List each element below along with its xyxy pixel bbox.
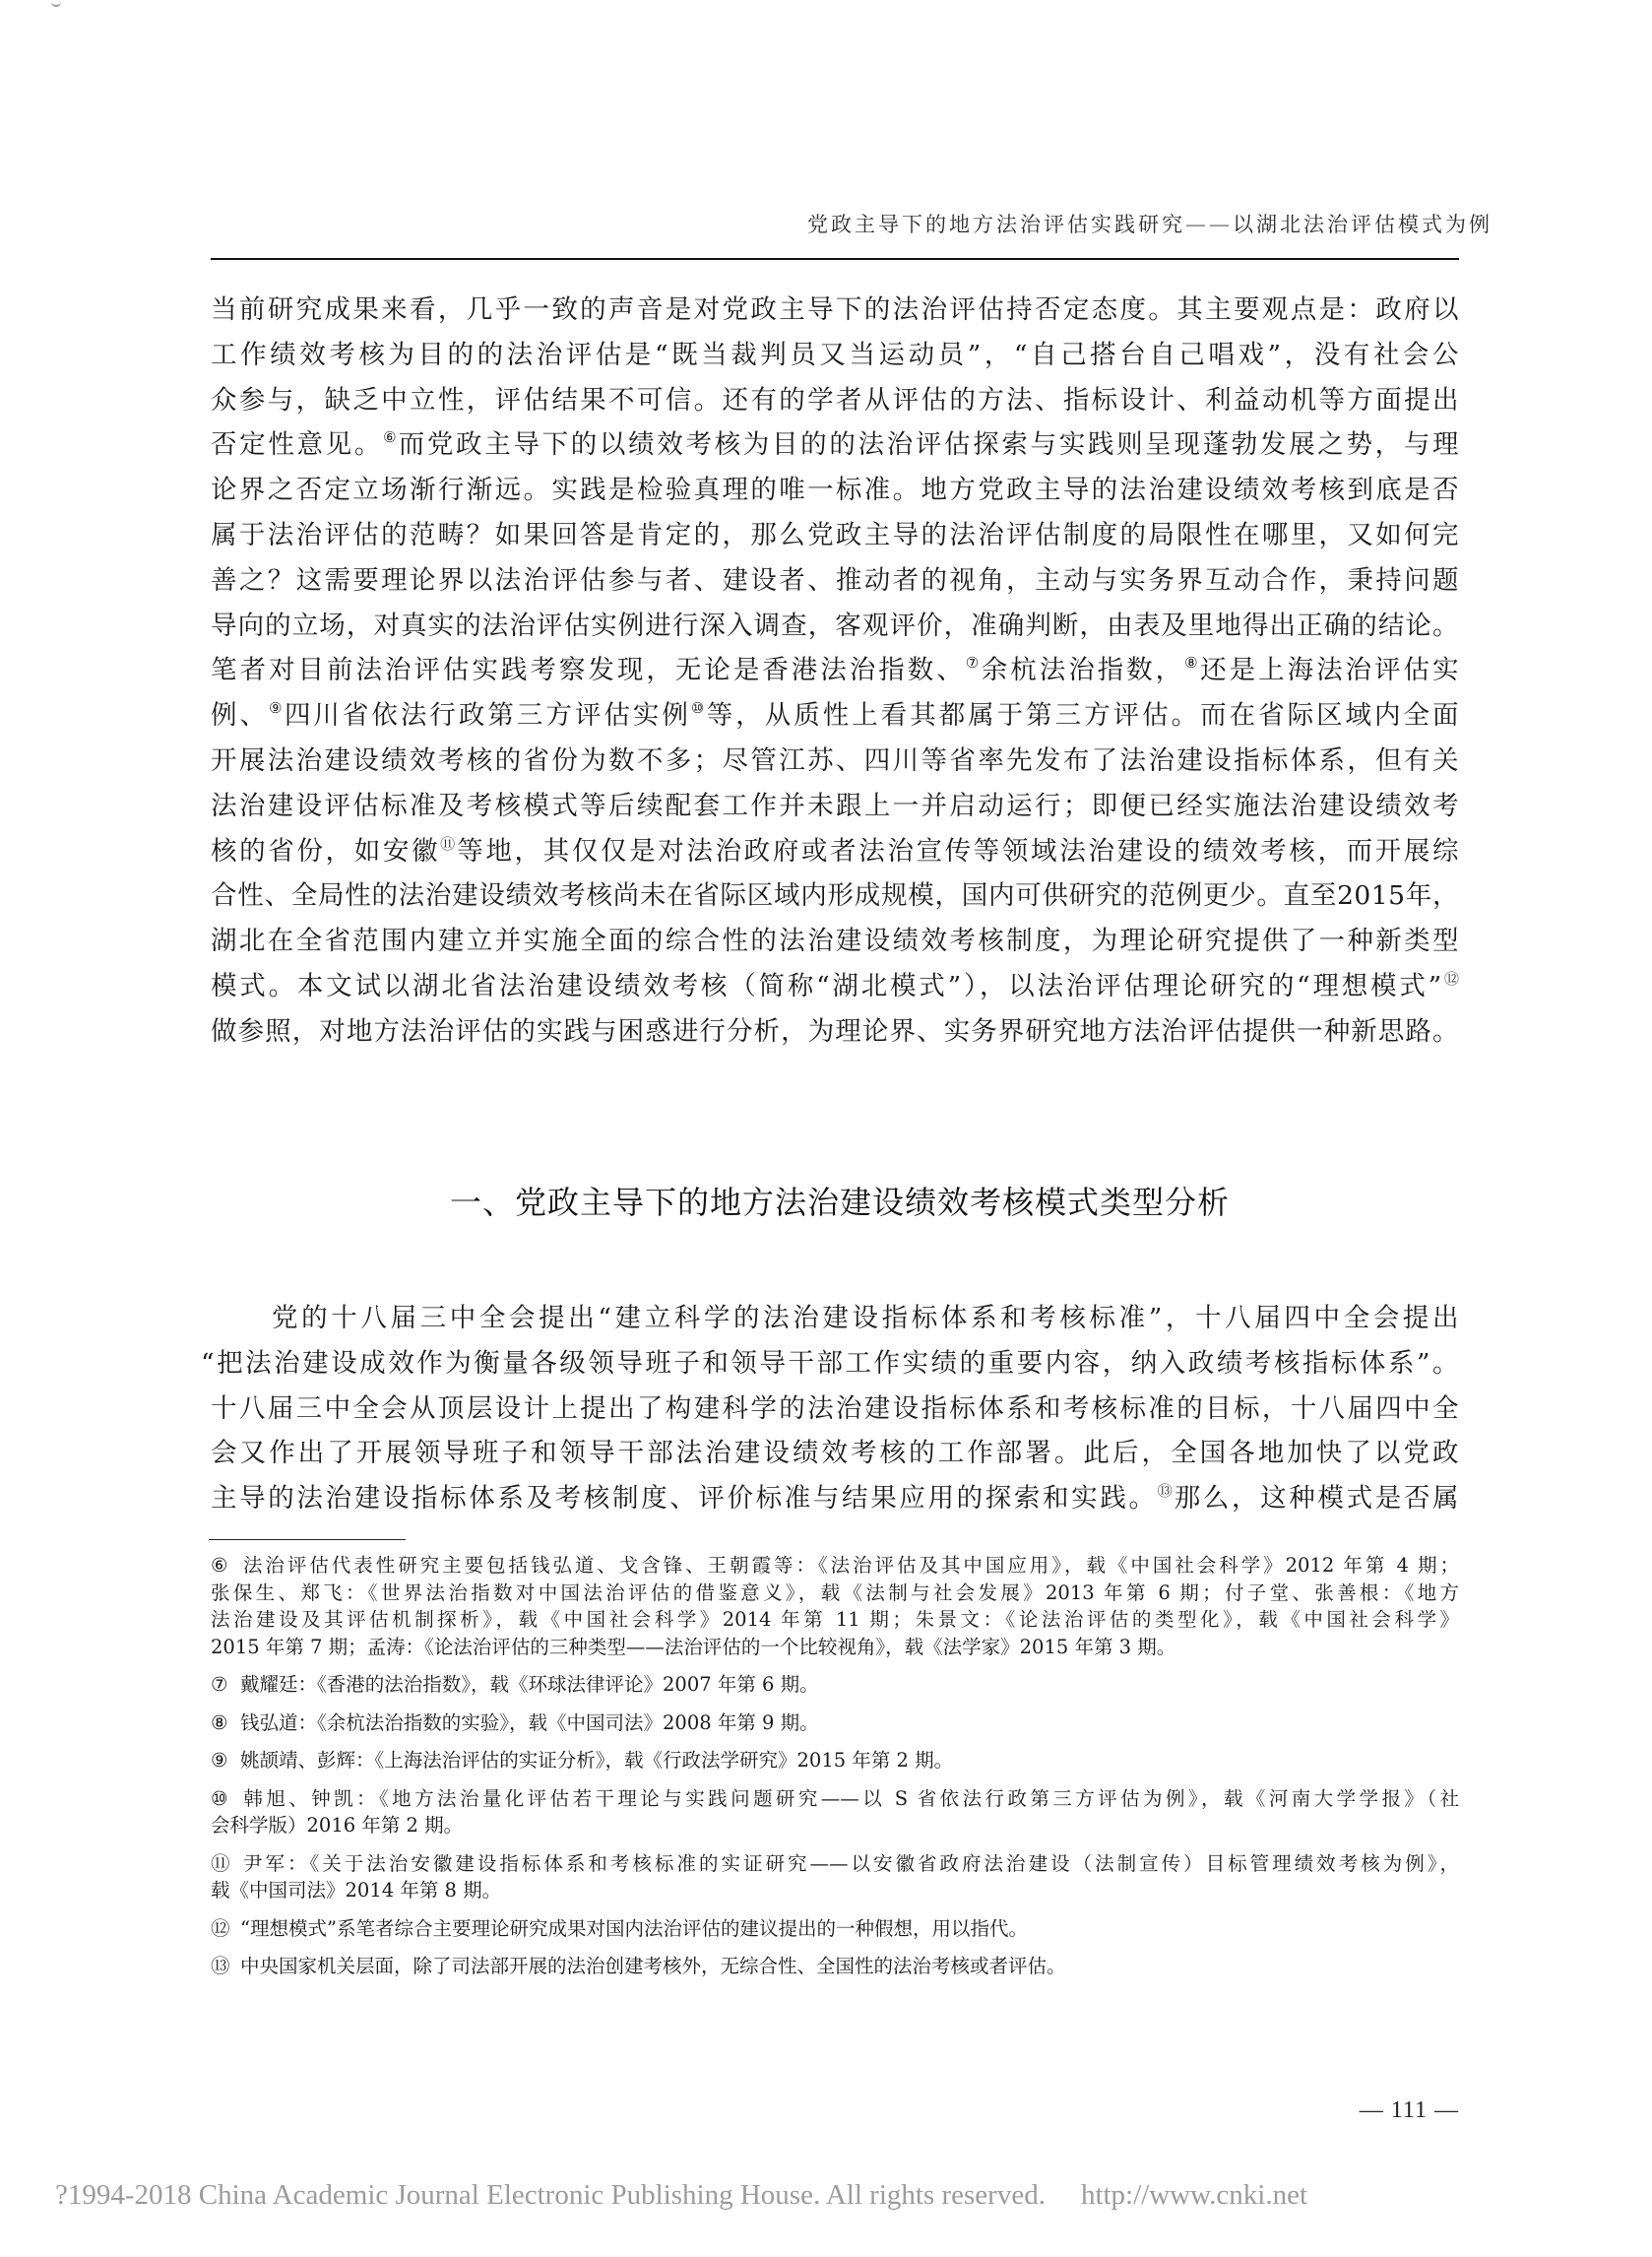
page-number: — 111 — [1319,2097,1459,2124]
text-line: 核的省份，如安徽⑪等地，其仅仅是对法治政府或者法治宣传等领域法治建设的绩效考核，… [211,829,1459,874]
text-line: 法治建设评估标准及考核模式等后续配套工作并未跟上一并启动运行；即便已经实施法治建… [211,784,1459,829]
text-line: 善之？这需要理论界以法治评估参与者、建设者、推动者的视角，主动与实务界互动合作，… [211,558,1459,604]
footnote-number: ⑨ [211,1747,240,1774]
footnote-number: ⑩ [211,1785,240,1813]
footnote-ref-8[interactable]: ⑧ [1184,654,1200,672]
text-line: 众参与，缺乏中立性，评估结果不可信。还有的学者从评估的方法、指标设计、利益动机等… [211,378,1459,423]
footnote-separator [209,1539,406,1540]
footnote-7: ⑦戴耀廷：《香港的法治指数》，载《环球法律评论》2007 年第 6 期。 [211,1671,1459,1699]
text-line: 论界之否定立场渐行渐远。实践是检验真理的唯一标准。地方党政主导的法治建设绩效考核… [211,468,1459,513]
footnote-13: ⑬中央国家机关层面，除了司法部开展的法治创建考核外，无综合性、全国性的法治考核或… [211,1953,1459,1980]
text-line: 笔者对目前法治评估实践考察发现，无论是香港法治指数、⑦余杭法治指数，⑧还是上海法… [211,648,1459,693]
footnotes: ⑥法治评估代表性研究主要包括钱弘道、戈含锋、王朝霞等：《法治评估及其中国应用》，… [211,1552,1459,1991]
text-line: 十八届三中全会从顶层设计上提出了构建科学的法治建设指标体系和考核标准的目标，十八… [211,1386,1459,1432]
running-header: 党政主导下的地方法治评估实践研究——以湖北法治评估模式为例 [807,209,1459,238]
copyright-text: ?1994-2018 China Academic Journal Electr… [55,2179,1046,2211]
footnote-number: ⑥ [211,1552,240,1580]
paragraph-1: 当前研究成果来看，几乎一致的声音是对党政主导下的法治评估持否定态度。其主要观点是… [211,288,1459,1055]
footnote-6: ⑥法治评估代表性研究主要包括钱弘道、戈含锋、王朝霞等：《法治评估及其中国应用》，… [211,1552,1459,1660]
text-line: 会又作出了开展领导班子和领导干部法治建设绩效考核的工作部署。此后，全国各地加快了… [211,1431,1459,1476]
footnote-number: ⑫ [211,1915,240,1943]
footnote-number: ⑬ [211,1953,240,1980]
text-line: 湖北在全省范围内建立并实施全面的综合性的法治建设绩效考核制度，为理论研究提供了一… [211,919,1459,964]
text-line: 工作绩效考核为目的的法治评估是“既当裁判员又当运动员”，“自己搭台自己唱戏”，没… [211,333,1459,378]
text-line: 属于法治评估的范畴？如果回答是肯定的，那么党政主导的法治评估制度的局限性在哪里，… [211,513,1459,558]
text-line: 当前研究成果来看，几乎一致的声音是对党政主导下的法治评估持否定态度。其主要观点是… [211,288,1459,333]
corner-scan-mark [51,0,61,7]
footnote-9: ⑨姚颉靖、彭辉：《上海法治评估的实证分析》，载《行政法学研究》2015 年第 2… [211,1747,1459,1774]
footnote-10: ⑩韩旭、钟凯：《地方法治量化评估若干理论与实践问题研究——以 S 省依法行政第三… [211,1785,1459,1839]
footnote-ref-6[interactable]: ⑥ [383,428,399,446]
copyright-watermark: ?1994-2018 China Academic Journal Electr… [55,2179,1307,2212]
section-title: 一、党政主导下的地方法治建设绩效考核模式类型分析 [211,1178,1459,1223]
text-line: “把法治建设成效作为衡量各级领导班子和领导干部工作实绩的重要内容，纳入政绩考核指… [201,1341,1459,1386]
footnote-ref-11[interactable]: ⑪ [440,835,457,853]
paragraph-2: 党的十八届三中全会提出“建立科学的法治建设指标体系和考核标准”，十八届四中全会提… [211,1296,1459,1521]
text-line: 例、⑨四川省依法行政第三方评估实例⑩等，从质性上看其都属于第三方评估。而在省际区… [211,693,1459,739]
text-line: 否定性意见。⑥而党政主导下的以绩效考核为目的的法治评估探索与实践则呈现蓬勃发展之… [211,422,1459,468]
text-line: 模式。本文试以湖北省法治建设绩效考核（简称“湖北模式”），以法治评估理论研究的“… [211,964,1459,1009]
footnote-ref-7[interactable]: ⑦ [966,654,982,672]
text-line: 合性、全局性的法治建设绩效考核尚未在省际区域内形成规模，国内可供研究的范例更少。… [211,873,1459,919]
text-line: 开展法治建设绩效考核的省份为数不多；尽管江苏、四川等省率先发布了法治建设指标体系… [211,739,1459,784]
footnote-number: ⑧ [211,1709,240,1737]
footnote-number: ⑪ [211,1850,240,1878]
footnote-12: ⑫“理想模式”系笔者综合主要理论研究成果对国内法治评估的建议提出的一种假想，用以… [211,1915,1459,1943]
text-line: 党的十八届三中全会提出“建立科学的法治建设指标体系和考核标准”，十八届四中全会提… [211,1296,1459,1341]
footnote-ref-12[interactable]: ⑫ [1442,970,1459,988]
cnki-link[interactable]: http://www.cnki.net [1081,2179,1307,2211]
footnote-ref-9[interactable]: ⑨ [269,699,285,717]
text-line: 主导的法治建设指标体系及考核制度、评价标准与结果应用的探索和实践。⑬那么，这种模… [211,1476,1459,1521]
footnote-ref-10[interactable]: ⑩ [691,699,707,717]
header-rule [211,258,1459,260]
text-line: 导向的立场，对真实的法治评估实例进行深入调查，客观评价，准确判断，由表及里地得出… [211,604,1459,649]
footnote-11: ⑪尹军：《关于法治安徽建设指标体系和考核标准的实证研究——以安徽省政府法治建设（… [211,1850,1459,1904]
footnote-8: ⑧钱弘道：《余杭法治指数的实验》，载《中国司法》2008 年第 9 期。 [211,1709,1459,1737]
text-line: 做参照，对地方法治评估的实践与困惑进行分析，为理论界、实务界研究地方法治评估提供… [211,1009,1459,1055]
footnote-number: ⑦ [211,1671,240,1699]
footnote-ref-13[interactable]: ⑬ [1158,1482,1175,1500]
